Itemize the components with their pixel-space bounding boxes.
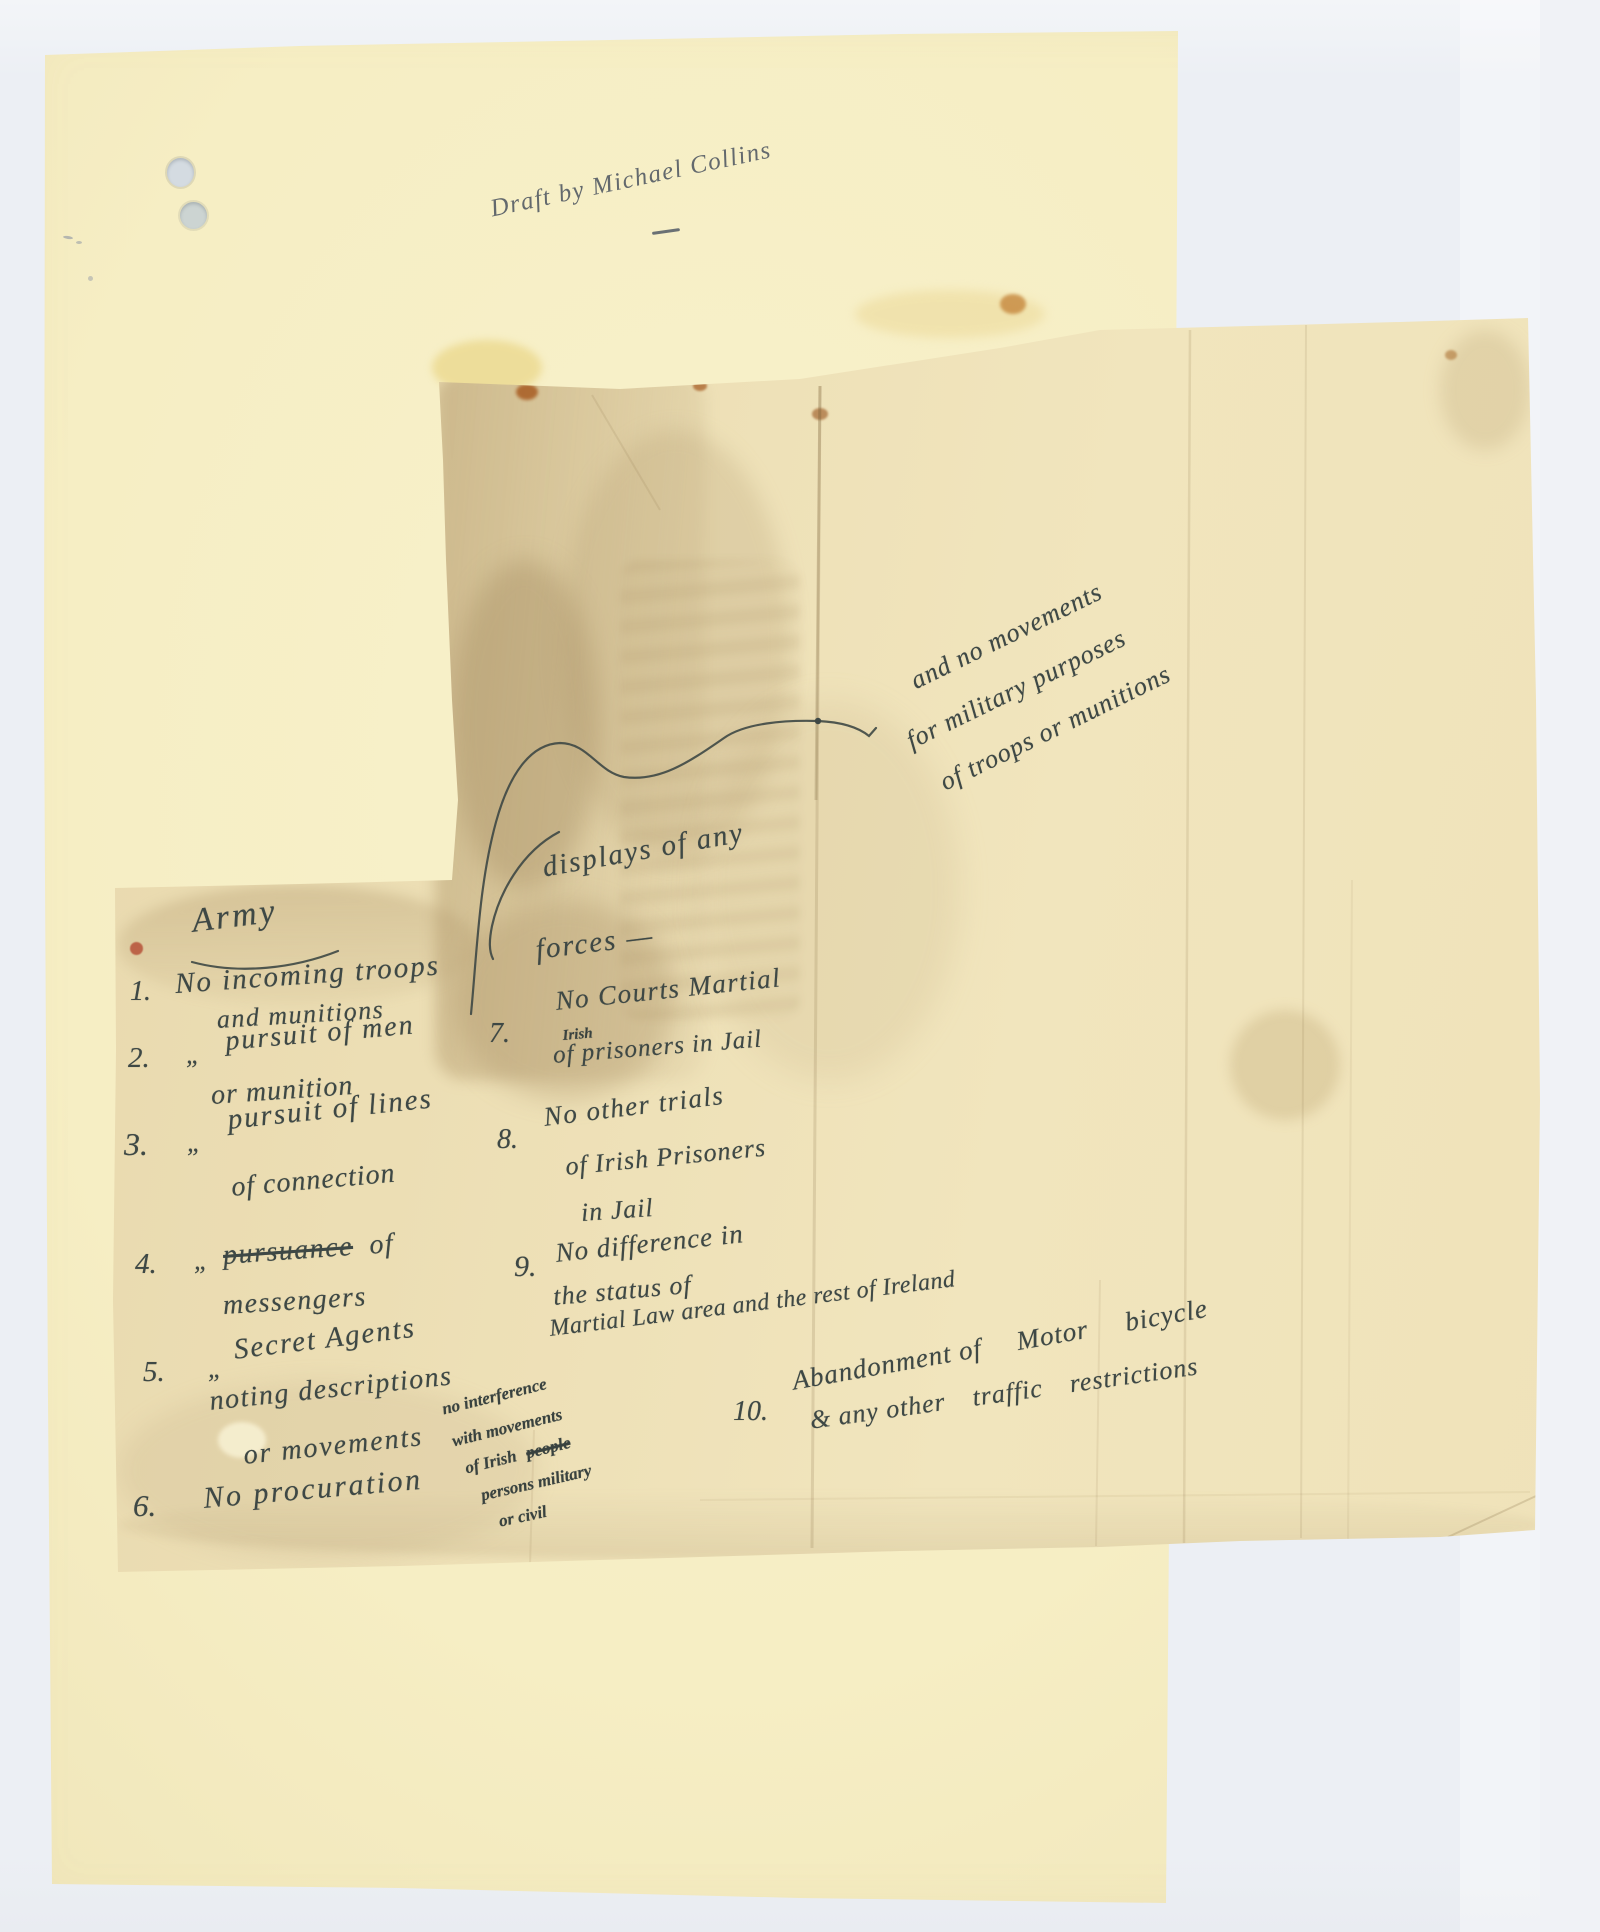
- rust-spot: [1445, 350, 1457, 360]
- item-8-number: 8.: [497, 1124, 518, 1156]
- ditto-mark: „: [187, 1128, 201, 1158]
- stain: [1440, 330, 1530, 450]
- item-4-line-1-rest: of: [368, 1228, 395, 1261]
- item-3-number: 3.: [124, 1126, 148, 1163]
- stain: [450, 560, 600, 890]
- item-1-number: 1.: [130, 976, 151, 1008]
- ditto-mark: „: [194, 1246, 208, 1276]
- stain: [1230, 1010, 1340, 1120]
- item-6-number: 6.: [133, 1488, 156, 1524]
- item-9-number: 9.: [514, 1250, 537, 1284]
- item-2-number: 2.: [128, 1042, 150, 1075]
- item-8-line-3: in Jail: [580, 1193, 655, 1228]
- item-10-number: 10.: [733, 1396, 768, 1428]
- red-spot: [130, 942, 143, 955]
- ditto-mark: „: [186, 1040, 200, 1070]
- item-4-number: 4.: [135, 1248, 157, 1281]
- item-7-number: 7.: [489, 1018, 510, 1050]
- item-5-number: 5.: [143, 1356, 165, 1389]
- stain: [560, 430, 790, 860]
- ditto-mark: „: [208, 1354, 222, 1384]
- rust-spot: [516, 384, 538, 400]
- scanner-background-band: [1540, 0, 1600, 1932]
- rust-spot: [812, 408, 828, 420]
- scanned-document-page: Draft by Michael Collins: [0, 0, 1600, 1932]
